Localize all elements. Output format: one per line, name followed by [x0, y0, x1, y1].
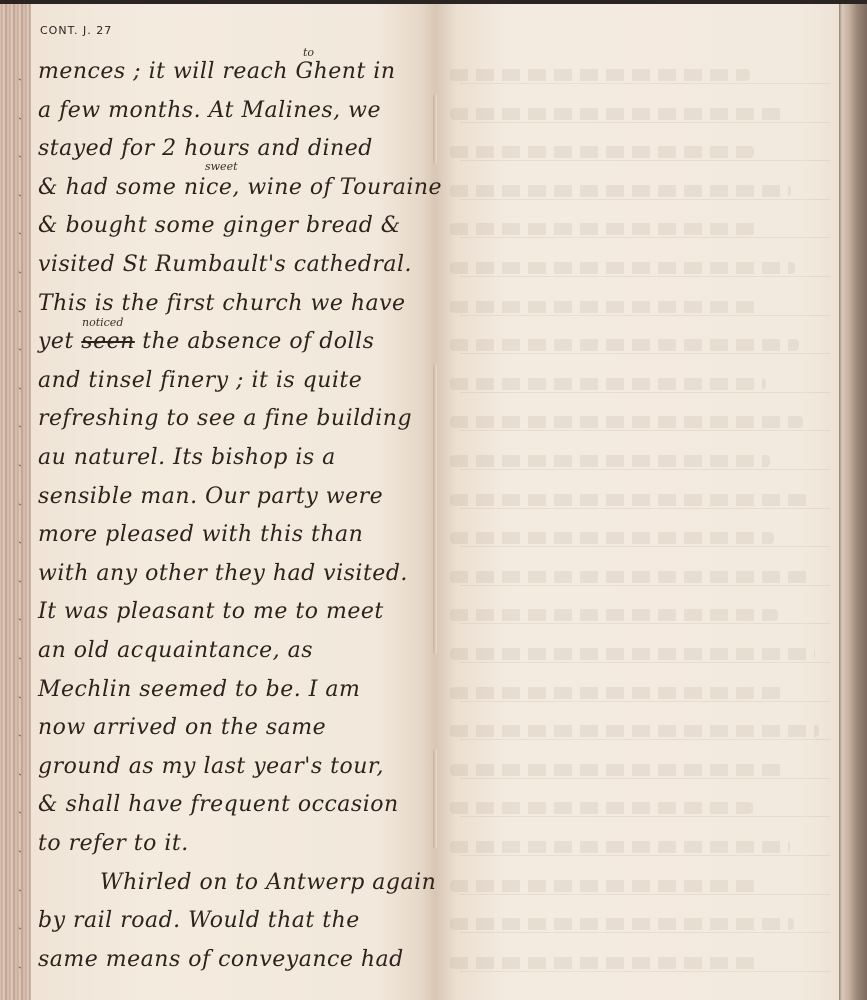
- margin-mark: ˎ: [18, 337, 22, 352]
- manuscript-line: & bought some ginger bread &: [38, 213, 401, 238]
- bleed-through-line: [450, 301, 762, 313]
- page-ruling: [460, 430, 830, 431]
- page-ruling: [460, 701, 830, 702]
- bleed-through-line: [450, 262, 795, 274]
- struck-word: seen: [81, 329, 135, 354]
- manuscript-line: yet seen the absence of dolls: [38, 329, 374, 354]
- bleed-through-line: [450, 764, 786, 776]
- bleed-through-line: [450, 455, 770, 467]
- page-ruling: [460, 276, 830, 277]
- page-ruling: [460, 585, 830, 586]
- margin-mark: ˎ: [18, 453, 22, 468]
- margin-mark: ˎ: [18, 800, 22, 815]
- bleed-through-line: [450, 802, 753, 814]
- margin-mark: ˎ: [18, 67, 22, 82]
- page-ruling: [460, 392, 830, 393]
- page-ruling: [460, 83, 830, 84]
- bleed-through-line: [450, 648, 815, 660]
- page-ruling: [460, 122, 830, 123]
- page-ruling: [460, 315, 830, 316]
- manuscript-line: au naturel. Its bishop is a: [38, 445, 336, 470]
- manuscript-line: & shall have frequent occasion: [38, 792, 399, 817]
- manuscript-line: ground as my last year's tour,: [38, 754, 384, 779]
- bleed-through-line: [450, 69, 750, 81]
- margin-mark: ˎ: [18, 955, 22, 970]
- page-ruling: [460, 508, 830, 509]
- page-header: CONT. J. 27: [40, 24, 112, 37]
- open-journal: CONT. J. 27 mences ; it will reach Ghent…: [0, 4, 867, 1000]
- manuscript-line: to refer to it.: [38, 831, 189, 856]
- manuscript-line: mences ; it will reach Ghent in: [38, 59, 396, 84]
- margin-mark: ˎ: [18, 646, 22, 661]
- manuscript-line: It was pleasant to me to meet: [38, 599, 384, 624]
- manuscript-line: sensible man. Our party were: [38, 484, 383, 509]
- page-ruling: [460, 662, 830, 663]
- margin-mark: ˎ: [18, 762, 22, 777]
- margin-mark: ˎ: [18, 144, 22, 159]
- bleed-through-line: [450, 532, 774, 544]
- manuscript-line: & had some nice, wine of Touraine: [38, 175, 442, 200]
- manuscript-line: an old acquaintance, as: [38, 638, 313, 663]
- margin-mark: ˎ: [18, 878, 22, 893]
- binding-stitch: [433, 364, 437, 654]
- margin-mark: ˎ: [18, 530, 22, 545]
- page-ruling: [460, 469, 830, 470]
- bleed-through-line: [450, 494, 807, 506]
- page-ruling: [460, 971, 830, 972]
- page-ruling: [460, 199, 830, 200]
- bleed-through-line: [450, 185, 791, 197]
- bleed-through-line: [450, 841, 790, 853]
- manuscript-line: Whirled on to Antwerp again: [100, 870, 436, 895]
- bleed-through-line: [450, 378, 766, 390]
- bleed-through-line: [450, 571, 811, 583]
- bleed-through-line: [450, 339, 799, 351]
- bleed-through-line: [450, 918, 794, 930]
- interlinear-insertion: noticed: [82, 316, 123, 329]
- margin-mark: ˎ: [18, 723, 22, 738]
- bleed-through-line: [450, 957, 761, 969]
- binding-stitch: [433, 749, 437, 849]
- interlinear-insertion: to: [303, 46, 314, 59]
- margin-mark: ˎ: [18, 685, 22, 700]
- margin-mark: ˎ: [18, 414, 22, 429]
- page-ruling: [460, 816, 830, 817]
- bleed-through-line: [450, 725, 819, 737]
- margin-mark: ˎ: [18, 916, 22, 931]
- bleed-through-line: [450, 880, 757, 892]
- margin-mark: ˎ: [18, 106, 22, 121]
- manuscript-line: stayed for 2 hours and dined: [38, 136, 373, 161]
- page-ruling: [460, 894, 830, 895]
- page-ruling: [460, 237, 830, 238]
- binding-stitch: [433, 94, 437, 164]
- page-ruling: [460, 623, 830, 624]
- page-ruling: [460, 160, 830, 161]
- left-page-edges: [0, 4, 30, 1000]
- interlinear-insertion: sweet: [205, 160, 238, 173]
- bleed-through-line: [450, 223, 758, 235]
- page-ruling: [460, 353, 830, 354]
- margin-mark: ˎ: [18, 569, 22, 584]
- bleed-through-line: [450, 609, 778, 621]
- page-ruling: [460, 739, 830, 740]
- manuscript-line: by rail road. Would that the: [38, 908, 360, 933]
- manuscript-line: now arrived on the same: [38, 715, 326, 740]
- manuscript-line: same means of conveyance had: [38, 947, 404, 972]
- margin-mark: ˎ: [18, 183, 22, 198]
- bleed-through-line: [450, 146, 754, 158]
- manuscript-line: more pleased with this than: [38, 522, 363, 547]
- bleed-through-line: [450, 687, 782, 699]
- right-page-edges: [839, 4, 867, 1000]
- margin-mark: ˎ: [18, 221, 22, 236]
- manuscript-line: This is the first church we have: [38, 291, 406, 316]
- page-ruling: [460, 546, 830, 547]
- margin-mark: ˎ: [18, 607, 22, 622]
- bleed-through-line: [450, 108, 787, 120]
- page-ruling: [460, 855, 830, 856]
- manuscript-line: and tinsel finery ; it is quite: [38, 368, 362, 393]
- margin-mark: ˎ: [18, 492, 22, 507]
- margin-mark: ˎ: [18, 260, 22, 275]
- margin-mark: ˎ: [18, 299, 22, 314]
- manuscript-line: a few months. At Malines, we: [38, 98, 381, 123]
- manuscript-line: refreshing to see a fine building: [38, 406, 412, 431]
- manuscript-line: with any other they had visited.: [38, 561, 408, 586]
- bleed-through-line: [450, 416, 803, 428]
- page-ruling: [460, 932, 830, 933]
- manuscript-line: Mechlin seemed to be. I am: [38, 677, 360, 702]
- page-ruling: [460, 778, 830, 779]
- margin-mark: ˎ: [18, 839, 22, 854]
- manuscript-line: visited St Rumbault's cathedral.: [38, 252, 412, 277]
- margin-mark: ˎ: [18, 376, 22, 391]
